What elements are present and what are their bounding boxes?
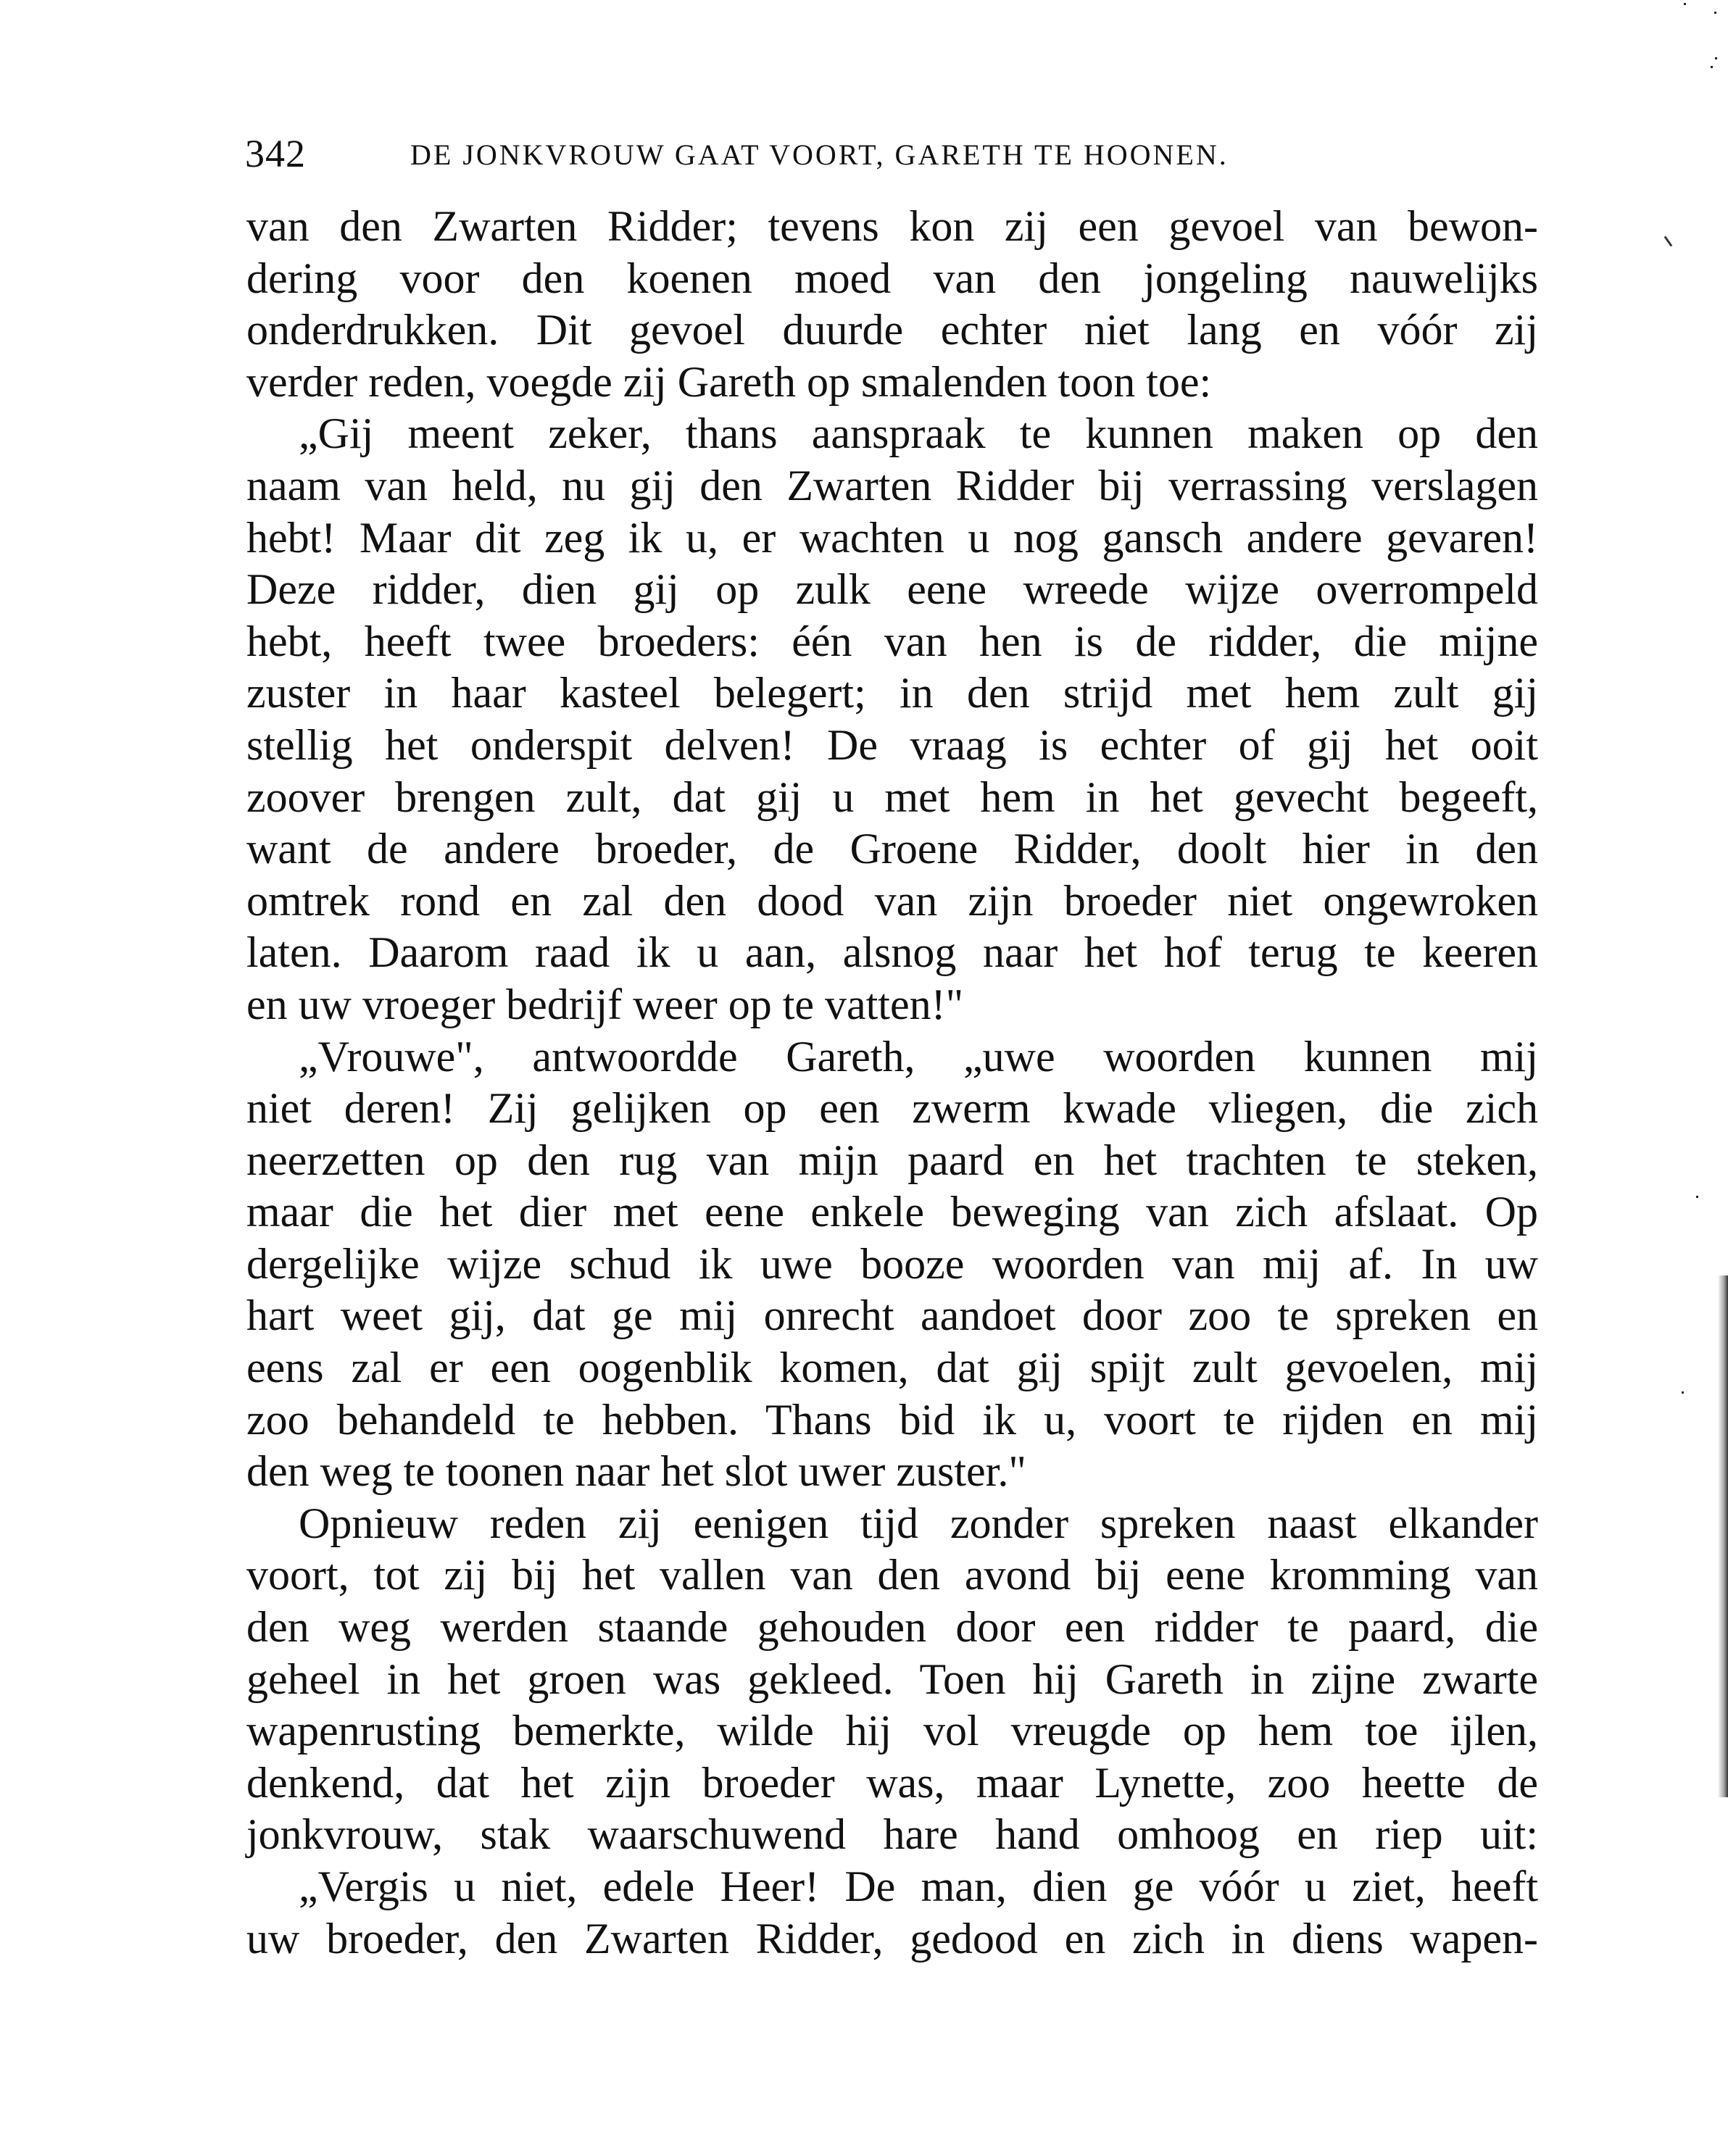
scan-speck <box>1684 3 1686 5</box>
text-line: denkend, dat het zijn broeder was, maar … <box>246 1757 1538 1810</box>
text-line: den weg werden staande gehouden door een… <box>246 1602 1538 1654</box>
text-line: neerzetten op den rug van mijn paard en … <box>246 1135 1538 1187</box>
text-line: Opnieuw reden zij eenigen tijd zonder sp… <box>246 1498 1538 1550</box>
body-text: van den Zwarten Ridder; tevens kon zij e… <box>246 201 1538 1965</box>
text-line: „Vergis u niet, edele Heer! De man, dien… <box>246 1861 1538 1913</box>
running-head: 342 DE JONKVROUW GAAT VOORT, GARETH TE H… <box>245 130 1376 177</box>
text-line: van den Zwarten Ridder; tevens kon zij e… <box>246 201 1538 253</box>
book-page: 342 DE JONKVROUW GAAT VOORT, GARETH TE H… <box>0 0 1728 2156</box>
text-line: laten. Daarom raad ik u aan, alsnog naar… <box>246 927 1538 979</box>
text-line: naam van held, nu gij den Zwarten Ridder… <box>246 460 1538 512</box>
scan-speck <box>1711 66 1713 68</box>
text-line: hebt! Maar dit zeg ik u, er wachten u no… <box>246 512 1538 565</box>
text-line: en uw vroeger bedrijf weer op te vatten!… <box>246 979 1538 1031</box>
scan-speck <box>1715 57 1717 59</box>
text-line: jonkvrouw, stak waarschuwend hare hand o… <box>246 1809 1538 1861</box>
text-line: den weg te toonen naar het slot uwer zus… <box>246 1446 1538 1498</box>
text-line: niet deren! Zij gelijken op een zwerm kw… <box>246 1083 1538 1135</box>
text-line: uw broeder, den Zwarten Ridder, gedood e… <box>246 1913 1538 1965</box>
chapter-running-title: DE JONKVROUW GAAT VOORT, GARETH TE HOONE… <box>410 135 1229 175</box>
text-line: omtrek rond en zal den dood van zijn bro… <box>246 875 1538 928</box>
scan-speck <box>1714 12 1716 14</box>
scan-speck <box>1682 1391 1684 1394</box>
scan-artifact <box>1664 236 1673 247</box>
text-line: wapenrusting bemerkte, wilde hij vol vre… <box>246 1705 1538 1757</box>
text-line: geheel in het groen was gekleed. Toen hi… <box>246 1654 1538 1706</box>
scan-shadow-edge <box>1718 1275 1728 1797</box>
text-line: „Gij meent zeker, thans aanspraak te kun… <box>246 408 1538 460</box>
text-line: verder reden, voegde zij Gareth op smale… <box>246 357 1538 409</box>
text-line: dering voor den koenen moed van den jong… <box>246 253 1538 305</box>
text-line: zoover brengen zult, dat gij u met hem i… <box>246 772 1538 824</box>
page-number: 342 <box>245 130 306 177</box>
text-line: hart weet gij, dat ge mij onrecht aandoe… <box>246 1290 1538 1342</box>
scan-speck <box>1696 1196 1698 1198</box>
text-line: onderdrukken. Dit gevoel duurde echter n… <box>246 304 1538 357</box>
text-line: dergelijke wijze schud ik uwe booze woor… <box>246 1239 1538 1291</box>
text-line: hebt, heeft twee broeders: één van hen i… <box>246 616 1538 668</box>
text-line: maar die het dier met eene enkele bewegi… <box>246 1186 1538 1239</box>
text-line: want de andere broeder, de Groene Ridder… <box>246 823 1538 875</box>
text-line: zoo behandeld te hebben. Thans bid ik u,… <box>246 1394 1538 1447</box>
text-line: Deze ridder, dien gij op zulk eene wreed… <box>246 564 1538 616</box>
text-line: „Vrouwe", antwoordde Gareth, „uwe woorde… <box>246 1031 1538 1083</box>
text-line: eens zal er een oogenblik komen, dat gij… <box>246 1342 1538 1394</box>
text-line: stellig het onderspit delven! De vraag i… <box>246 720 1538 772</box>
text-line: zuster in haar kasteel belegert; in den … <box>246 667 1538 720</box>
text-line: voort, tot zij bij het vallen van den av… <box>246 1549 1538 1602</box>
